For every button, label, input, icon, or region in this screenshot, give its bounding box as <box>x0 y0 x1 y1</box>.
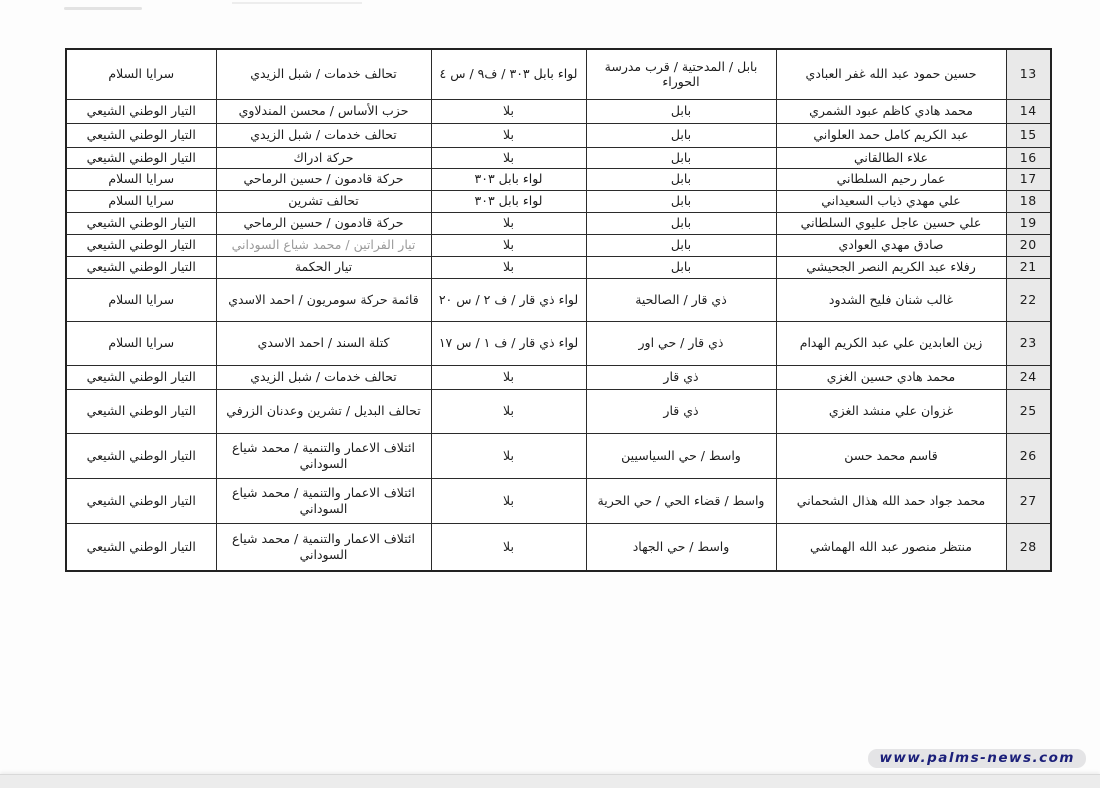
cell-brigade: لواء بابل ٣٠٣ <box>431 190 586 212</box>
cell-brigade: بلا <box>431 123 586 147</box>
cell-coalition: حركة ادراك <box>216 147 431 168</box>
cell-coalition: تحالف خدمات / شبل الزيدي <box>216 123 431 147</box>
cell-coalition: ائتلاف الاعمار والتنمية / محمد شياع السو… <box>216 478 431 523</box>
cell-number: 13 <box>1006 49 1051 99</box>
cell-current: التيار الوطني الشيعي <box>66 389 216 433</box>
cell-name: زين العابدين علي عبد الكريم الهدام <box>776 321 1006 365</box>
cell-number: 23 <box>1006 321 1051 365</box>
cell-number: 18 <box>1006 190 1051 212</box>
cell-name: علي مهدي ذياب السعيداني <box>776 190 1006 212</box>
table-row: 19علي حسين عاجل عليوي السلطانيبابلبلاحرك… <box>66 212 1051 234</box>
cell-coalition: تيار الحكمة <box>216 256 431 278</box>
cell-brigade: بلا <box>431 365 586 389</box>
cell-number: 28 <box>1006 523 1051 571</box>
cell-brigade: بلا <box>431 256 586 278</box>
cell-brigade: بلا <box>431 234 586 256</box>
cell-current: سرايا السلام <box>66 190 216 212</box>
cell-number: 20 <box>1006 234 1051 256</box>
cell-coalition: تيار الفراتين / محمد شياع السوداني <box>216 234 431 256</box>
cell-brigade: لواء بابل ٣٠٣ <box>431 168 586 190</box>
cell-name: محمد هادي كاظم عبود الشمري <box>776 99 1006 123</box>
cell-brigade: بلا <box>431 212 586 234</box>
scan-artifact <box>232 2 362 4</box>
cell-name: حسين حمود عبد الله غفر العبادي <box>776 49 1006 99</box>
cell-location: بابل <box>586 147 776 168</box>
cell-location: واسط / قضاء الحي / حي الحرية <box>586 478 776 523</box>
table-row: 13حسين حمود عبد الله غفر العباديبابل / ا… <box>66 49 1051 99</box>
table-row: 22غالب شنان فليح الشدودذي قار / الصالحية… <box>66 278 1051 321</box>
cell-number: 24 <box>1006 365 1051 389</box>
cell-name: قاسم محمد حسن <box>776 433 1006 478</box>
table-row: 18علي مهدي ذياب السعيدانيبابللواء بابل ٣… <box>66 190 1051 212</box>
cell-location: بابل <box>586 212 776 234</box>
cell-name: محمد جواد حمد الله هذال الشحماني <box>776 478 1006 523</box>
cell-number: 17 <box>1006 168 1051 190</box>
cell-current: التيار الوطني الشيعي <box>66 147 216 168</box>
cell-current: سرايا السلام <box>66 168 216 190</box>
scan-artifact <box>64 7 142 10</box>
table-row: 25غزوان علي منشد الغزيذي قاربلاتحالف الب… <box>66 389 1051 433</box>
cell-coalition: حزب الأساس / محسن المندلاوي <box>216 99 431 123</box>
cell-location: بابل <box>586 256 776 278</box>
cell-name: غالب شنان فليح الشدود <box>776 278 1006 321</box>
table-row: 23زين العابدين علي عبد الكريم الهدامذي ق… <box>66 321 1051 365</box>
scanned-document-page: 13حسين حمود عبد الله غفر العباديبابل / ا… <box>0 0 1100 788</box>
cell-brigade: بلا <box>431 147 586 168</box>
table-row: 21رفلاء عبد الكريم النصر الجحيشيبابلبلات… <box>66 256 1051 278</box>
cell-coalition: حركة قادمون / حسين الرماحي <box>216 212 431 234</box>
cell-brigade: لواء ذي قار / ف ١ / س ١٧ <box>431 321 586 365</box>
cell-current: التيار الوطني الشيعي <box>66 234 216 256</box>
cell-coalition: تحالف البديل / تشرين وعدنان الزرفي <box>216 389 431 433</box>
watermark-url: www.palms-news.com <box>868 749 1086 768</box>
cell-number: 15 <box>1006 123 1051 147</box>
cell-coalition: كتلة السند / احمد الاسدي <box>216 321 431 365</box>
table-row: 26قاسم محمد حسنواسط / حي السياسيينبلاائت… <box>66 433 1051 478</box>
cell-brigade: بلا <box>431 99 586 123</box>
cell-location: واسط / حي الجهاد <box>586 523 776 571</box>
cell-location: بابل <box>586 234 776 256</box>
candidates-table: 13حسين حمود عبد الله غفر العباديبابل / ا… <box>65 48 1052 572</box>
cell-brigade: بلا <box>431 523 586 571</box>
candidates-table-container: 13حسين حمود عبد الله غفر العباديبابل / ا… <box>65 48 1052 572</box>
cell-number: 25 <box>1006 389 1051 433</box>
cell-name: علاء الطالقاني <box>776 147 1006 168</box>
cell-current: سرايا السلام <box>66 321 216 365</box>
cell-location: بابل <box>586 123 776 147</box>
cell-location: ذي قار / الصالحية <box>586 278 776 321</box>
cell-number: 19 <box>1006 212 1051 234</box>
cell-current: التيار الوطني الشيعي <box>66 123 216 147</box>
cell-name: محمد هادي حسين الغزي <box>776 365 1006 389</box>
cell-brigade: بلا <box>431 478 586 523</box>
cell-coalition: ائتلاف الاعمار والتنمية / محمد شياع السو… <box>216 523 431 571</box>
cell-current: سرايا السلام <box>66 49 216 99</box>
cell-location: ذي قار <box>586 389 776 433</box>
cell-coalition: تحالف تشرين <box>216 190 431 212</box>
cell-coalition: تحالف خدمات / شبل الزيدي <box>216 365 431 389</box>
cell-number: 21 <box>1006 256 1051 278</box>
cell-current: سرايا السلام <box>66 278 216 321</box>
cell-number: 22 <box>1006 278 1051 321</box>
cell-brigade: لواء بابل ٣٠٣ / ف٩ / س ٤ <box>431 49 586 99</box>
cell-current: التيار الوطني الشيعي <box>66 523 216 571</box>
table-row: 27محمد جواد حمد الله هذال الشحمانيواسط /… <box>66 478 1051 523</box>
cell-number: 14 <box>1006 99 1051 123</box>
cell-name: صادق مهدي العوادي <box>776 234 1006 256</box>
cell-location: واسط / حي السياسيين <box>586 433 776 478</box>
cell-number: 27 <box>1006 478 1051 523</box>
cell-current: التيار الوطني الشيعي <box>66 99 216 123</box>
table-body: 13حسين حمود عبد الله غفر العباديبابل / ا… <box>66 49 1051 571</box>
cell-location: بابل / المدحتية / قرب مدرسة الحوراء <box>586 49 776 99</box>
cell-name: غزوان علي منشد الغزي <box>776 389 1006 433</box>
cell-location: ذي قار <box>586 365 776 389</box>
table-row: 17عمار رحيم السلطانيبابللواء بابل ٣٠٣حرك… <box>66 168 1051 190</box>
cell-name: رفلاء عبد الكريم النصر الجحيشي <box>776 256 1006 278</box>
cell-number: 26 <box>1006 433 1051 478</box>
cell-location: ذي قار / حي اور <box>586 321 776 365</box>
scan-edge-strip <box>0 774 1100 788</box>
cell-location: بابل <box>586 190 776 212</box>
table-row: 15عبد الكريم كامل حمد العلوانيبابلبلاتحا… <box>66 123 1051 147</box>
cell-current: التيار الوطني الشيعي <box>66 433 216 478</box>
cell-name: منتظر منصور عبد الله الهماشي <box>776 523 1006 571</box>
cell-coalition: ائتلاف الاعمار والتنمية / محمد شياع السو… <box>216 433 431 478</box>
table-row: 14محمد هادي كاظم عبود الشمريبابلبلاحزب ا… <box>66 99 1051 123</box>
cell-brigade: بلا <box>431 433 586 478</box>
cell-current: التيار الوطني الشيعي <box>66 478 216 523</box>
cell-current: التيار الوطني الشيعي <box>66 365 216 389</box>
cell-number: 16 <box>1006 147 1051 168</box>
cell-location: بابل <box>586 168 776 190</box>
table-row: 20صادق مهدي العواديبابلبلاتيار الفراتين … <box>66 234 1051 256</box>
table-row: 24محمد هادي حسين الغزيذي قاربلاتحالف خدم… <box>66 365 1051 389</box>
cell-name: عمار رحيم السلطاني <box>776 168 1006 190</box>
cell-brigade: لواء ذي قار / ف ٢ / س ٢٠ <box>431 278 586 321</box>
cell-coalition: قائمة حركة سومريون / احمد الاسدي <box>216 278 431 321</box>
cell-location: بابل <box>586 99 776 123</box>
table-row: 28منتظر منصور عبد الله الهماشيواسط / حي … <box>66 523 1051 571</box>
table-row: 16علاء الطالقانيبابلبلاحركة ادراكالتيار … <box>66 147 1051 168</box>
cell-current: التيار الوطني الشيعي <box>66 256 216 278</box>
cell-name: علي حسين عاجل عليوي السلطاني <box>776 212 1006 234</box>
cell-coalition: حركة قادمون / حسين الرماحي <box>216 168 431 190</box>
cell-name: عبد الكريم كامل حمد العلواني <box>776 123 1006 147</box>
cell-current: التيار الوطني الشيعي <box>66 212 216 234</box>
cell-coalition: تحالف خدمات / شبل الزيدي <box>216 49 431 99</box>
cell-brigade: بلا <box>431 389 586 433</box>
